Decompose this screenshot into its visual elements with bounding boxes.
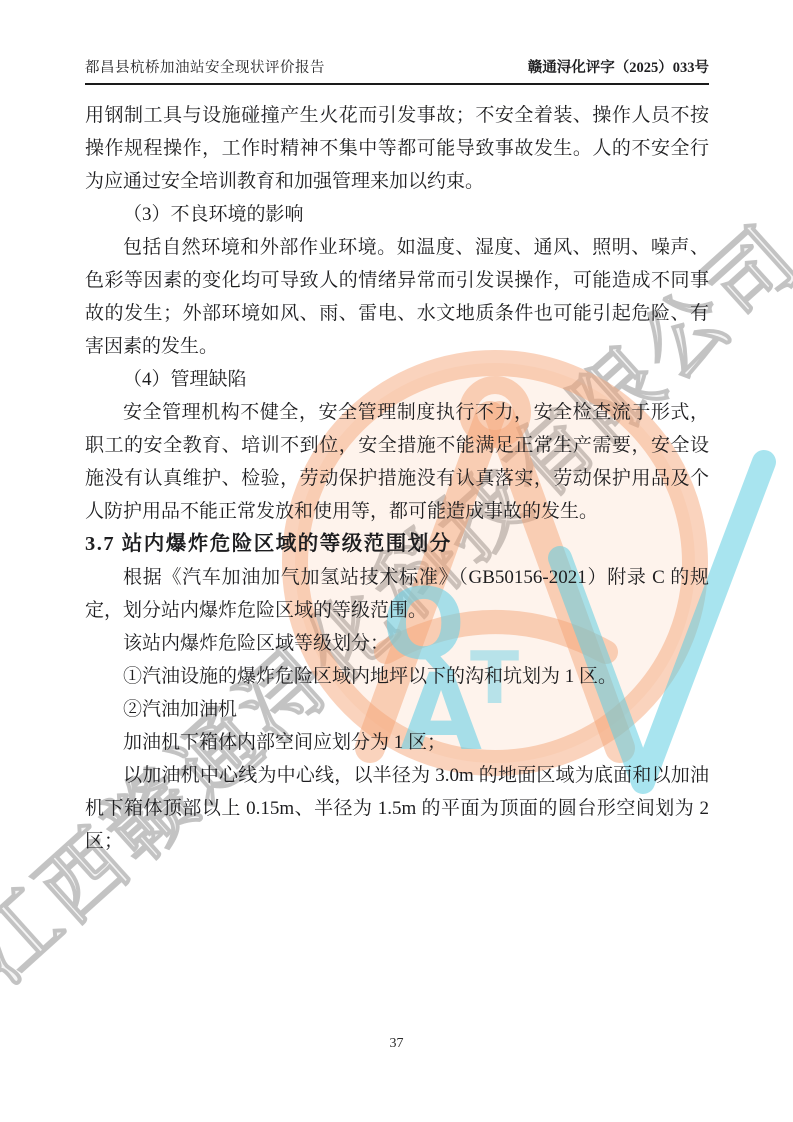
page-number: 37 — [390, 1036, 404, 1051]
paragraph: （3）不良环境的影响 — [85, 198, 709, 231]
paragraph: 包括自然环境和外部作业环境。如温度、湿度、通风、照明、噪声、色彩等因素的变化均可… — [85, 231, 709, 363]
page-footer: 37 — [0, 1036, 793, 1052]
paragraph: 以加油机中心线为中心线，以半径为 3.0m 的地面区域为底面和以加油机下箱体顶部… — [85, 759, 709, 858]
document-number: 赣通浔化评字（2025）033号 — [528, 56, 709, 77]
document-page: 江西赣通浔化科技有限公司 Q T A 都昌县杭桥加油站安全现状评价报告 赣通浔化… — [0, 0, 793, 1122]
paragraph: 根据《汽车加油加气加氢站技术标准》（GB50156-2021）附录 C 的规定，… — [85, 561, 709, 627]
document-body: 用钢制工具与设施碰撞产生火花而引发事故；不安全着装、操作人员不按操作规程操作，工… — [85, 99, 709, 858]
page-header: 都昌县杭桥加油站安全现状评价报告 赣通浔化评字（2025）033号 — [85, 56, 709, 85]
paragraph: 安全管理机构不健全，安全管理制度执行不力，安全检查流于形式，职工的安全教育、培训… — [85, 396, 709, 528]
paragraph: ②汽油加油机 — [85, 693, 709, 726]
paragraph: 该站内爆炸危险区域等级划分： — [85, 627, 709, 660]
paragraph: 加油机下箱体内部空间应划分为 1 区； — [85, 726, 709, 759]
report-title: 都昌县杭桥加油站安全现状评价报告 — [85, 56, 325, 77]
paragraph: 用钢制工具与设施碰撞产生火花而引发事故；不安全着装、操作人员不按操作规程操作，工… — [85, 99, 709, 198]
paragraph: ①汽油设施的爆炸危险区域内地坪以下的沟和坑划为 1 区。 — [85, 660, 709, 693]
paragraph: （4）管理缺陷 — [85, 363, 709, 396]
section-heading: 3.7 站内爆炸危险区域的等级范围划分 — [85, 528, 709, 561]
